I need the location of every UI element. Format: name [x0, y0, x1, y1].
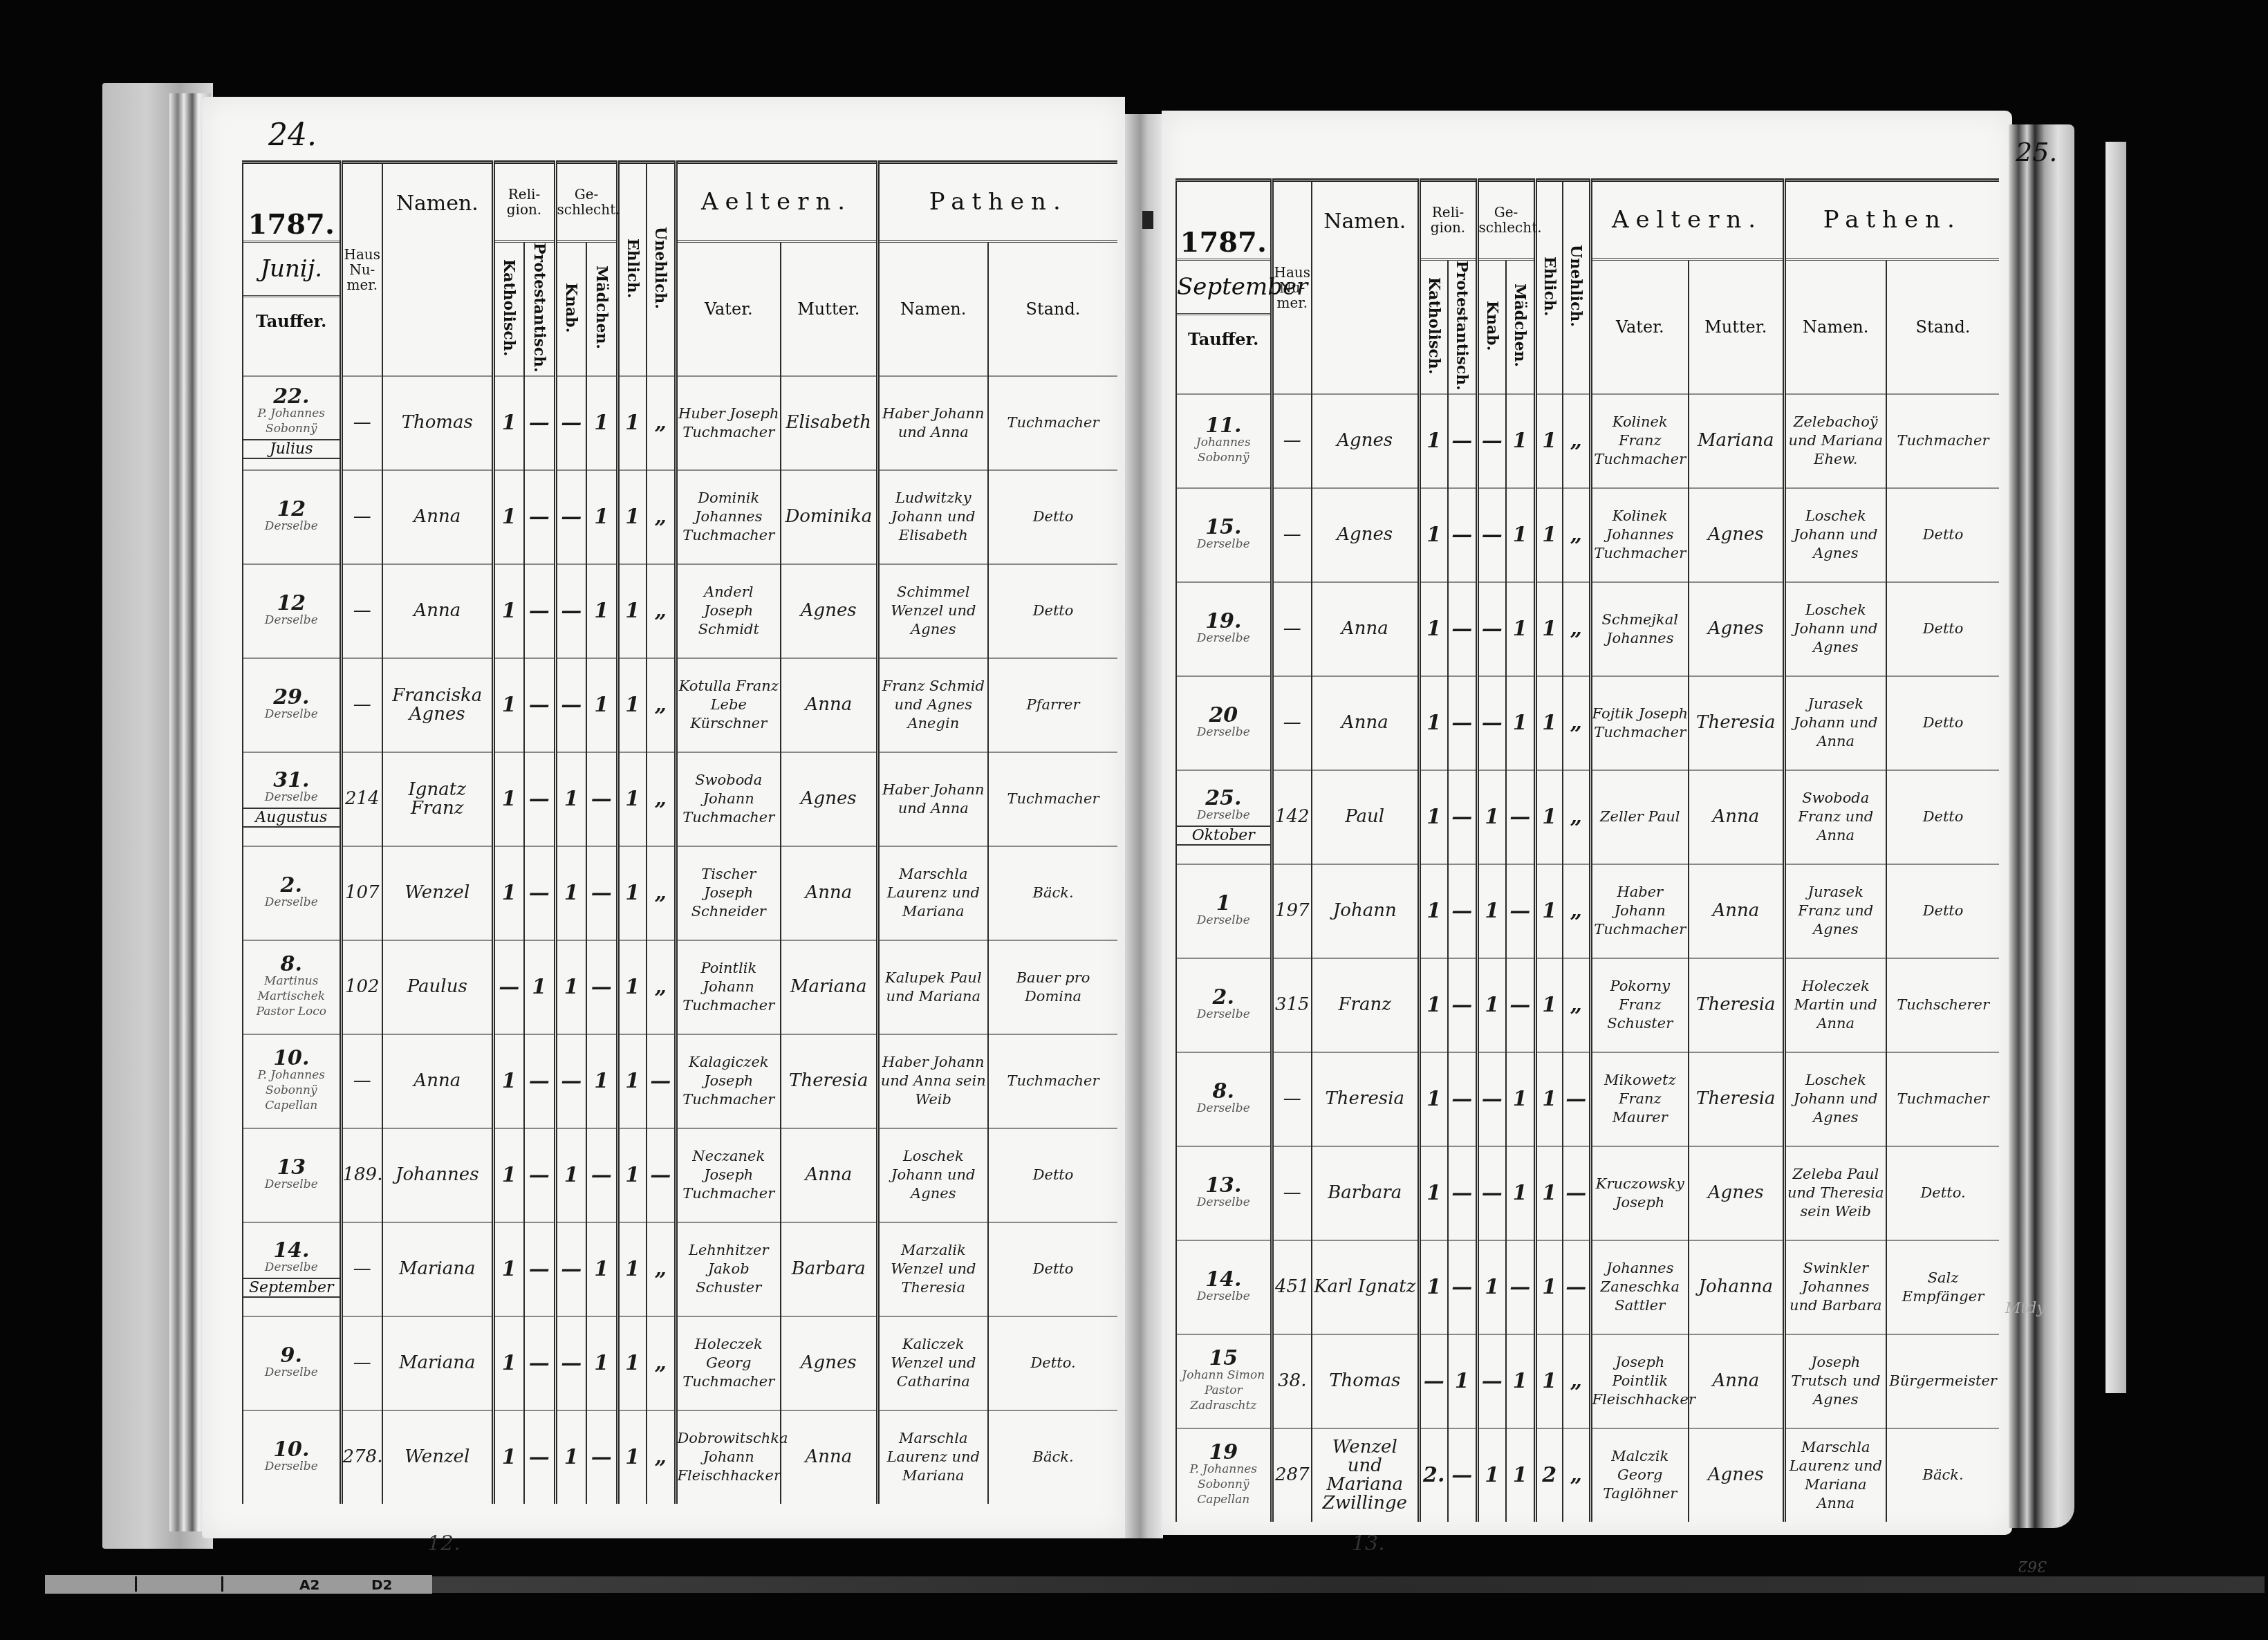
entry-child-name-cell: Paulus: [382, 940, 493, 1034]
entry-godparent-status-cell: Detto: [1886, 488, 1999, 582]
entry-katholisch-cell: 1: [493, 752, 524, 846]
entry-protestantisch-cell: —: [524, 1034, 555, 1128]
entry-father: Dobrowitschka Johann Fleischhacker: [678, 1429, 781, 1485]
entry-godparents: Ludwitzky Johann und Elisabeth: [880, 489, 988, 545]
entry-godparents-cell: Loschek Johann und Agnes: [1784, 1052, 1886, 1146]
entry-house-number: —: [343, 1354, 382, 1372]
entry-child-name: Thomas: [1312, 1372, 1417, 1390]
header-tauffer: Tauffer.: [1177, 315, 1270, 349]
register-row: 13Derselbe189.Johannes1—1—1—Neczanek Jos…: [243, 1128, 1117, 1222]
header-katholisch: Katholisch.: [1425, 277, 1443, 374]
entry-mother: Agnes: [1689, 525, 1783, 544]
entry-child-name-cell: Anna: [1312, 582, 1419, 676]
entry-ehlich-cell: 1: [617, 846, 647, 940]
entry-godparent-status-cell: Detto: [988, 1222, 1117, 1316]
entry-madchen: 1: [1507, 1184, 1534, 1202]
entry-godparents: Marzalik Wenzel und Theresia: [880, 1241, 988, 1297]
entry-godparents: Kalupek Paul und Mariana: [880, 969, 988, 1006]
entry-godparent-status: Detto: [1887, 902, 1999, 920]
entry-knab: —: [1479, 714, 1506, 732]
entry-tauffer: Derselbe: [1177, 537, 1270, 552]
entry-godparent-status-cell: Detto: [1886, 770, 1999, 864]
entry-mother-cell: Agnes: [1689, 582, 1784, 676]
entry-knab: —: [557, 696, 586, 714]
entry-unehlich: „: [1563, 714, 1589, 732]
entry-father-cell: Holeczek Georg Tuchmacher: [676, 1316, 781, 1410]
entry-mother: Agnes: [781, 790, 876, 808]
entry-house-number: 278.: [343, 1448, 382, 1466]
entry-katholisch-cell: —: [1419, 1334, 1448, 1428]
entry-child-name: Franz: [1312, 996, 1417, 1014]
entry-father-cell: Anderl Joseph Schmidt: [676, 564, 781, 658]
entry-mother: Johanna: [1689, 1278, 1783, 1296]
entry-father-cell: Pointlik Johann Tuchmacher: [676, 940, 781, 1034]
entry-father: Holeczek Georg Tuchmacher: [678, 1335, 781, 1391]
entry-protestantisch-cell: —: [1448, 1428, 1477, 1522]
entry-ehlich: 1: [1537, 1184, 1563, 1202]
header-madchen: Mädchen.: [1511, 283, 1529, 367]
entry-mother-cell: Theresia: [781, 1034, 877, 1128]
entry-child-name-cell: Wenzel: [382, 846, 493, 940]
entry-knab: —: [557, 602, 586, 620]
entry-madchen-cell: —: [1506, 1240, 1535, 1334]
entry-unehlich-cell: „: [647, 846, 676, 940]
entry-godparents: Jurasek Franz und Agnes: [1786, 883, 1886, 939]
entry-day: 15: [1177, 1349, 1270, 1368]
header-pathen: Pathen.: [877, 162, 1117, 242]
entry-godparents-cell: Marschla Laurenz und Mariana: [877, 1410, 988, 1504]
entry-katholisch: 1: [1421, 1278, 1448, 1296]
entry-knab-cell: —: [1477, 488, 1506, 582]
entry-date-cell: 13.Derselbe: [1176, 1146, 1272, 1240]
register-row: 19P. Johannes Sobonnÿ Capellan287Wenzel …: [1176, 1428, 1999, 1522]
entry-knab: —: [557, 1354, 586, 1372]
entry-child-name-cell: Agnes: [1312, 488, 1419, 582]
entry-unehlich: „: [647, 696, 674, 714]
header-geschlecht: Ge- schlecht.: [555, 162, 617, 242]
entry-mother-cell: Anna: [781, 846, 877, 940]
entry-godparents: Zeleba Paul und Theresia sein Weib: [1786, 1165, 1886, 1221]
entry-house-number-cell: —: [341, 1034, 382, 1128]
entry-date-cell: 9.Derselbe: [243, 1316, 341, 1410]
folio-number-left: 12.: [427, 1531, 461, 1556]
entry-godparents-cell: Zelebachoÿ und Mariana Ehew.: [1784, 394, 1886, 488]
entry-unehlich-cell: —: [1563, 1052, 1590, 1146]
entry-katholisch: 1: [495, 1260, 524, 1278]
entry-unehlich: „: [647, 790, 674, 808]
header-protestantisch-cell: Protestantisch.: [1448, 259, 1477, 394]
entry-child-name: Paul: [1312, 808, 1417, 826]
entry-house-number: —: [1274, 714, 1312, 732]
header-ehlich-cell: Ehlich.: [1535, 180, 1563, 394]
entry-date-cell: 19.Derselbe: [1176, 582, 1272, 676]
entry-day: 1: [1177, 894, 1270, 913]
entry-house-number-cell: —: [341, 1316, 382, 1410]
book-gutter: [1125, 114, 1163, 1538]
register-row: 15Johann Simon Pastor Zadraschtz38.Thoma…: [1176, 1334, 1999, 1428]
register-row: 10.P. Johannes Sobonnÿ Capellan—Anna1——1…: [243, 1034, 1117, 1128]
entry-mother: Agnes: [1689, 1466, 1783, 1484]
header-unehlich: Unehlich.: [1567, 245, 1585, 327]
header-tauffer: Tauffer.: [243, 297, 340, 331]
entry-tauffer: Derselbe: [1177, 1007, 1270, 1022]
entry-ehlich: 1: [620, 413, 647, 432]
entry-katholisch: 1: [1421, 1184, 1448, 1202]
page-number-left: 24.: [268, 118, 317, 153]
entry-father: Pointlik Johann Tuchmacher: [678, 959, 781, 1015]
entry-day: 14.: [1177, 1270, 1270, 1289]
entry-protestantisch-cell: —: [524, 658, 555, 752]
entry-father-cell: Johannes Zaneschka Sattler: [1590, 1240, 1689, 1334]
entry-godparents-cell: Jurasek Johann und Anna: [1784, 676, 1886, 770]
entry-knab-cell: —: [555, 1034, 586, 1128]
entry-godparent-status-cell: Bauer pro Domina: [988, 940, 1117, 1034]
entry-knab-cell: 1: [555, 940, 586, 1034]
register-row: 20Derselbe—Anna1——11„Fojtik Joseph Tuchm…: [1176, 676, 1999, 770]
register-table-left: 1787. Junij. Tauffer. Haus Nu- mer. Name…: [242, 160, 1117, 1504]
entry-madchen-cell: 1: [1506, 394, 1535, 488]
entry-day: 25.: [1177, 789, 1270, 808]
entry-month-break: Julius: [243, 439, 340, 459]
entry-godparent-status: Detto.: [989, 1354, 1117, 1372]
entry-mother-cell: Anna: [781, 658, 877, 752]
entry-mother: Agnes: [781, 1354, 876, 1372]
entry-ehlich: 1: [1537, 619, 1563, 638]
entry-father: Mikowetz Franz Maurer: [1592, 1071, 1689, 1127]
entry-knab-cell: —: [555, 1316, 586, 1410]
entry-father: Joseph Pointlik Fleischhacker: [1592, 1353, 1689, 1409]
entry-tauffer: P. Johannes Sobonnÿ Capellan: [1177, 1462, 1270, 1507]
entry-protestantisch: —: [1449, 1184, 1476, 1202]
entry-child-name: Wenzel: [383, 884, 492, 902]
entry-knab-cell: 1: [555, 1128, 586, 1222]
entry-protestantisch: —: [1449, 714, 1476, 732]
entry-knab: —: [557, 1260, 586, 1278]
header-madchen: Mädchen.: [593, 265, 611, 349]
entry-house-number-cell: —: [1272, 1052, 1312, 1146]
entry-date-cell: 13Derselbe: [243, 1128, 341, 1222]
entry-father-cell: Joseph Pointlik Fleischhacker: [1590, 1334, 1689, 1428]
header-knab: Knab.: [1483, 301, 1501, 351]
entry-katholisch-cell: 1: [1419, 958, 1448, 1052]
entry-godparent-status-cell: Detto.: [988, 1316, 1117, 1410]
entry-tauffer: Derselbe: [1177, 725, 1270, 740]
entry-child-name: Thomas: [383, 413, 492, 432]
header-ehlich-cell: Ehlich.: [617, 162, 647, 376]
entry-knab: —: [557, 507, 586, 526]
entry-protestantisch: —: [1449, 1090, 1476, 1108]
entry-godparents: Marschla Laurenz und Mariana: [880, 1429, 988, 1485]
entry-unehlich-cell: „: [1563, 676, 1590, 770]
entry-mother: Mariana: [781, 978, 876, 996]
entry-knab: 1: [1479, 902, 1506, 920]
entry-godparent-status-cell: Bäck.: [988, 846, 1117, 940]
entry-madchen-cell: —: [586, 1128, 617, 1222]
entry-godparents-cell: Schimmel Wenzel und Agnes: [877, 564, 988, 658]
entry-godparent-status: Tuchmacher: [989, 1072, 1117, 1090]
entry-date-cell: 8.Derselbe: [1176, 1052, 1272, 1146]
entry-katholisch: 1: [495, 1448, 524, 1466]
entry-knab-cell: —: [1477, 394, 1506, 488]
entry-knab: —: [1479, 1090, 1506, 1108]
entry-protestantisch-cell: —: [524, 752, 555, 846]
header-date-cell: 1787. Junij. Tauffer.: [243, 162, 341, 376]
entry-godparents-cell: Swinkler Johannes und Barbara: [1784, 1240, 1886, 1334]
entry-ehlich-cell: 1: [617, 564, 647, 658]
entry-protestantisch: —: [525, 790, 554, 808]
register-row: 14.DerselbeSeptember—Mariana1——11„Lehnhi…: [243, 1222, 1117, 1316]
entry-madchen-cell: 1: [586, 1222, 617, 1316]
entry-father: Malczik Georg Taglöhner: [1592, 1447, 1689, 1503]
entry-godparents-cell: Haber Johann und Anna sein Weib: [877, 1034, 988, 1128]
margin-note: Mtdy: [2005, 1300, 2045, 1317]
entry-godparent-status-cell: Tuchmacher: [988, 1034, 1117, 1128]
entry-godparent-status: Detto: [1887, 714, 1999, 732]
entry-ehlich-cell: 1: [617, 752, 647, 846]
entry-knab: 1: [557, 884, 586, 902]
entry-katholisch-cell: 1: [493, 470, 524, 564]
entry-katholisch-cell: 1: [1419, 394, 1448, 488]
entry-tauffer: Derselbe: [243, 613, 340, 628]
header-unehlich-cell: Unehlich.: [1563, 180, 1590, 394]
entry-protestantisch-cell: 1: [524, 940, 555, 1034]
entry-child-name: Anna: [1312, 714, 1417, 732]
entry-knab: —: [1479, 525, 1506, 544]
entry-father: Johannes Zaneschka Sattler: [1592, 1259, 1689, 1315]
entry-knab: —: [557, 413, 586, 432]
entry-unehlich: „: [1563, 525, 1589, 544]
entry-unehlich: „: [1563, 996, 1589, 1014]
entry-father-cell: Swoboda Johann Tuchmacher: [676, 752, 781, 846]
entry-tauffer: Derselbe: [243, 1365, 340, 1380]
register-row: 12Derselbe—Anna1——11„Dominik Johannes Tu…: [243, 470, 1117, 564]
entry-house-number: —: [1274, 431, 1312, 450]
entry-father: Neczanek Joseph Tuchmacher: [678, 1147, 781, 1203]
entry-house-number: 142: [1274, 808, 1312, 826]
entry-father-cell: Malczik Georg Taglöhner: [1590, 1428, 1689, 1522]
entry-ehlich: 1: [620, 507, 647, 526]
entry-unehlich-cell: „: [647, 658, 676, 752]
entry-madchen-cell: 1: [1506, 1146, 1535, 1240]
entry-godparents: Schimmel Wenzel und Agnes: [880, 583, 988, 639]
entry-godparent-status-cell: Bürgermeister: [1886, 1334, 1999, 1428]
archive-number: 362: [2018, 1557, 2047, 1574]
entry-godparent-status-cell: Salz Empfänger: [1886, 1240, 1999, 1334]
entry-madchen: —: [1507, 808, 1534, 826]
entry-katholisch: 1: [495, 790, 524, 808]
entry-ehlich-cell: 1: [1535, 770, 1563, 864]
entry-child-name-cell: Anna: [1312, 676, 1419, 770]
entry-katholisch-cell: 1: [493, 564, 524, 658]
entry-godparent-status-cell: Tuchmacher: [1886, 394, 1999, 488]
entry-father-cell: Dominik Johannes Tuchmacher: [676, 470, 781, 564]
entry-house-number: 214: [343, 790, 382, 808]
entry-unehlich-cell: „: [1563, 864, 1590, 958]
header-house-number: Haus Nu- mer.: [341, 162, 382, 376]
entry-godparents-cell: Holeczek Martin und Anna: [1784, 958, 1886, 1052]
entry-madchen-cell: —: [1506, 958, 1535, 1052]
entry-madchen: 1: [1507, 619, 1534, 638]
entry-katholisch-cell: 1: [493, 376, 524, 470]
header-aeltern: Aeltern.: [1590, 180, 1784, 260]
entry-ehlich-cell: 1: [1535, 676, 1563, 770]
entry-godparents: Franz Schmid und Agnes Anegin: [880, 677, 988, 733]
entry-house-number-cell: 189.: [341, 1128, 382, 1222]
entry-unehlich: „: [647, 507, 674, 526]
entry-protestantisch-cell: —: [1448, 676, 1477, 770]
entry-date-cell: 2.Derselbe: [243, 846, 341, 940]
entry-day: 11.: [1177, 416, 1270, 435]
entry-knab: 1: [557, 978, 586, 996]
entry-father-cell: Mikowetz Franz Maurer: [1590, 1052, 1689, 1146]
entry-house-number: —: [343, 413, 382, 432]
entry-godparents: Loschek Johann und Agnes: [880, 1147, 988, 1203]
entry-madchen-cell: —: [586, 1410, 617, 1504]
entry-child-name: Anna: [383, 1072, 492, 1090]
entry-ehlich: 1: [1537, 1278, 1563, 1296]
page-stack-right: [2009, 124, 2074, 1528]
entry-tauffer: Derselbe: [243, 707, 340, 722]
entry-child-name-cell: Agnes: [1312, 394, 1419, 488]
entry-godparents-cell: Haber Johann und Anna: [877, 752, 988, 846]
entry-house-number: 197: [1274, 902, 1312, 920]
entry-madchen-cell: 1: [586, 658, 617, 752]
entry-day: 12: [243, 594, 340, 613]
entry-katholisch-cell: 1: [493, 1128, 524, 1222]
entry-protestantisch-cell: —: [524, 846, 555, 940]
entry-unehlich-cell: „: [1563, 394, 1590, 488]
header-month: Junij.: [243, 241, 340, 297]
entry-unehlich-cell: „: [1563, 488, 1590, 582]
header-geschlecht: Ge- schlecht.: [1477, 180, 1535, 260]
entry-madchen: 1: [587, 696, 616, 714]
entry-ehlich: 1: [620, 1166, 647, 1184]
entry-father: Anderl Joseph Schmidt: [678, 583, 781, 639]
entry-child-name-cell: Thomas: [382, 376, 493, 470]
entry-knab: 1: [1479, 996, 1506, 1014]
entry-ehlich: 1: [620, 602, 647, 620]
entry-godparents-cell: Franz Schmid und Agnes Anegin: [877, 658, 988, 752]
entry-father: Kruczowsky Joseph: [1592, 1175, 1689, 1212]
entry-godparents: Loschek Johann und Agnes: [1786, 507, 1886, 563]
entry-father: Kotulla Franz Lebe Kürschner: [678, 677, 781, 733]
entry-father: Zeller Paul: [1592, 808, 1689, 826]
entry-child-name: Anna: [383, 507, 492, 526]
register-row: 29.Derselbe—Franciska Agnes1——11„Kotulla…: [243, 658, 1117, 752]
entry-godparent-status: Tuchmacher: [989, 413, 1117, 432]
scale-ruler: A2 D2: [45, 1575, 432, 1594]
entry-unehlich: „: [647, 884, 674, 902]
entry-house-number-cell: —: [341, 658, 382, 752]
entry-unehlich-cell: „: [1563, 958, 1590, 1052]
entry-protestantisch: —: [1449, 431, 1476, 450]
entry-ehlich-cell: 1: [1535, 582, 1563, 676]
entry-katholisch: 1: [495, 884, 524, 902]
entry-unehlich-cell: „: [647, 1222, 676, 1316]
entry-father-cell: Haber Johann Tuchmacher: [1590, 864, 1689, 958]
entry-date-cell: 29.Derselbe: [243, 658, 341, 752]
register-row: 15.Derselbe—Agnes1——11„Kolinek Johannes …: [1176, 488, 1999, 582]
entry-date-cell: 15Johann Simon Pastor Zadraschtz: [1176, 1334, 1272, 1428]
entry-godparent-status-cell: Tuchscherer: [1886, 958, 1999, 1052]
entry-madchen-cell: 1: [1506, 582, 1535, 676]
entry-house-number: —: [1274, 1090, 1312, 1108]
entry-child-name-cell: Anna: [382, 1034, 493, 1128]
entry-father: Haber Johann Tuchmacher: [1592, 883, 1689, 939]
entry-madchen: —: [587, 1448, 616, 1466]
register-row: 1Derselbe197Johann1—1—1„Haber Johann Tuc…: [1176, 864, 1999, 958]
entry-day: 15.: [1177, 518, 1270, 537]
entry-day: 22.: [243, 387, 340, 406]
entry-ehlich-cell: 2: [1535, 1428, 1563, 1522]
entry-katholisch: 1: [1421, 714, 1448, 732]
entry-madchen: 1: [1507, 1372, 1534, 1390]
entry-day: 10.: [243, 1440, 340, 1459]
entry-house-number: —: [343, 507, 382, 526]
entry-tauffer: Derselbe: [1177, 1195, 1270, 1210]
entry-date-cell: 25.DerselbeOktober: [1176, 770, 1272, 864]
entry-mother: Elisabeth: [781, 413, 876, 432]
entry-ehlich: 1: [1537, 996, 1563, 1014]
entry-protestantisch-cell: —: [524, 1128, 555, 1222]
entry-godparents: Haber Johann und Anna: [880, 781, 988, 818]
entry-katholisch: 1: [495, 602, 524, 620]
entry-ehlich: 1: [1537, 902, 1563, 920]
entry-house-number: 107: [343, 884, 382, 902]
entry-godparent-status-cell: Tuchmacher: [1886, 1052, 1999, 1146]
register-row: 8.Derselbe—Theresia1——11—Mikowetz Franz …: [1176, 1052, 1999, 1146]
entry-child-name-cell: Mariana: [382, 1222, 493, 1316]
entry-father-cell: Kolinek Franz Tuchmacher: [1590, 394, 1689, 488]
entry-knab-cell: 1: [1477, 1428, 1506, 1522]
entry-month-break: Augustus: [243, 808, 340, 828]
entry-knab-cell: 1: [1477, 770, 1506, 864]
entry-knab-cell: 1: [555, 752, 586, 846]
entry-date-cell: 20Derselbe: [1176, 676, 1272, 770]
entry-katholisch: 1: [1421, 619, 1448, 638]
entry-unehlich: „: [1563, 902, 1589, 920]
entry-child-name-cell: Barbara: [1312, 1146, 1419, 1240]
entry-day: 31.: [243, 771, 340, 790]
entry-mother: Theresia: [781, 1072, 876, 1090]
page-stack-right-edge: [2106, 142, 2126, 1393]
entry-tauffer: Derselbe: [243, 895, 340, 910]
entry-house-number-cell: 451: [1272, 1240, 1312, 1334]
entry-day: 19: [1177, 1443, 1270, 1462]
entry-katholisch: 1: [495, 1166, 524, 1184]
entry-mother-cell: Elisabeth: [781, 376, 877, 470]
entry-ehlich-cell: 1: [617, 470, 647, 564]
entry-father: Kolinek Franz Tuchmacher: [1592, 413, 1689, 469]
entry-godparent-status-cell: Pfarrer: [988, 658, 1117, 752]
header-ehlich: Ehlich.: [1541, 257, 1559, 317]
entry-madchen-cell: —: [1506, 864, 1535, 958]
entry-mother: Agnes: [781, 602, 876, 620]
entry-day: 8.: [243, 955, 340, 973]
entry-day: 13: [243, 1158, 340, 1177]
entry-mother-cell: Anna: [1689, 864, 1784, 958]
entry-godparent-status-cell: Detto: [1886, 676, 1999, 770]
entry-katholisch-cell: 1: [1419, 770, 1448, 864]
entry-day: 29.: [243, 688, 340, 707]
entry-mother-cell: Agnes: [781, 564, 877, 658]
entry-katholisch-cell: 1: [1419, 1146, 1448, 1240]
entry-date-cell: 19P. Johannes Sobonnÿ Capellan: [1176, 1428, 1272, 1522]
entry-mother-cell: Anna: [1689, 1334, 1784, 1428]
entry-madchen: 1: [1507, 431, 1534, 450]
entry-house-number-cell: 38.: [1272, 1334, 1312, 1428]
entry-mother: Dominika: [781, 507, 876, 526]
